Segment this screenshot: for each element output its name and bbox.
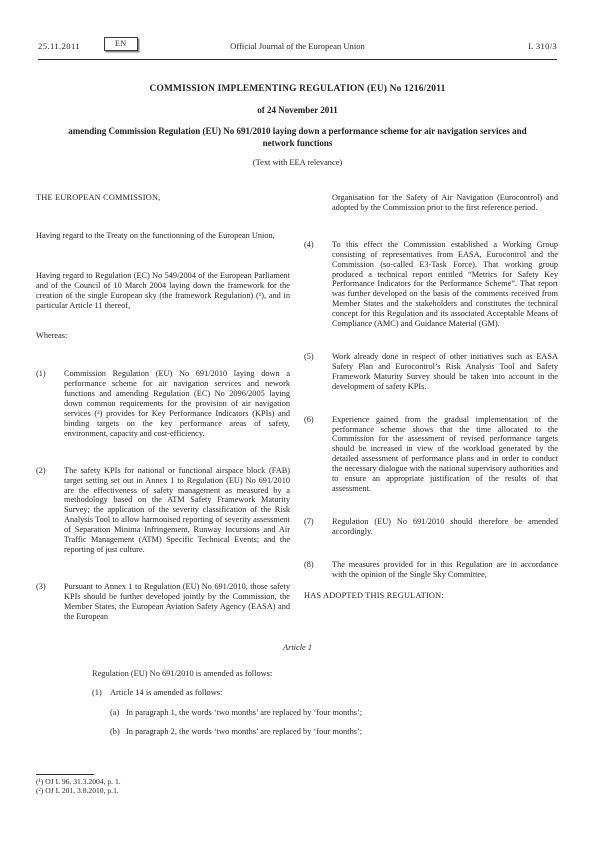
- preamble-columns: THE EUROPEAN COMMISSION, Having regard t…: [36, 193, 559, 621]
- adoption-formula: HAS ADOPTED THIS REGULATION:: [304, 591, 558, 601]
- recital-text: Commission Regulation (EU) No 691/2010 l…: [64, 369, 290, 438]
- article-heading: Article 1: [36, 643, 559, 653]
- recital-text: The measures provided for in this Regula…: [332, 560, 558, 580]
- recital-number: (2): [36, 466, 64, 555]
- recital-number: (3): [36, 582, 64, 622]
- footnote-1: (¹) OJ L 96, 31.3.2004, p. 1.: [36, 777, 121, 787]
- regulation-subject: amending Commission Regulation (EU) No 6…: [68, 126, 527, 149]
- amendment-item: (1) Article 14 is amended as follows:: [92, 688, 559, 698]
- title-block: COMMISSION IMPLEMENTING REGULATION (EU) …: [54, 84, 541, 167]
- regulation-date: of 24 November 2011: [54, 105, 541, 115]
- page-number: L 310/3: [528, 41, 557, 51]
- recital-number: (7): [304, 517, 332, 537]
- header-rule: [38, 59, 557, 60]
- amendment-item-text: Article 14 is amended as follows:: [110, 688, 222, 698]
- recital-number: (1): [36, 369, 64, 438]
- recital-number: (4): [304, 240, 332, 329]
- recital-number: (8): [304, 560, 332, 580]
- footnotes-block: (¹) OJ L 96, 31.3.2004, p. 1. (²) OJ L 2…: [36, 774, 121, 796]
- footnote-2: (²) OJ L 201, 3.8.2010, p.1.: [36, 786, 121, 796]
- recital-text: Regulation (EU) No 691/2010 should there…: [332, 517, 558, 537]
- amendment-subitem-a: (a) In paragraph 1, the words ‘two month…: [110, 708, 559, 718]
- recital-5: (5) Work already done in respect of othe…: [304, 352, 558, 392]
- amendment-subitem-text: In paragraph 1, the words ‘two months’ a…: [126, 708, 362, 718]
- amendment-item-number: (1): [92, 688, 110, 698]
- journal-header: 25.11.2011 EN Official Journal of the Eu…: [38, 40, 557, 54]
- recital-text: Work already done in respect of other in…: [332, 352, 558, 392]
- recital-7: (7) Regulation (EU) No 691/2010 should t…: [304, 517, 558, 537]
- recital-number: (5): [304, 352, 332, 392]
- amendment-subitem-number: (b): [110, 727, 126, 737]
- recital-number: (6): [304, 415, 332, 494]
- footnote-rule: [36, 774, 94, 775]
- article-intro: Regulation (EU) No 691/2010 is amended a…: [92, 669, 559, 679]
- article-section: Article 1 Regulation (EU) No 691/2010 is…: [36, 643, 559, 737]
- amendment-subitem-text: In paragraph 2, the words ‘two months’ a…: [126, 727, 362, 737]
- recital-text: Experience gained from the gradual imple…: [332, 415, 558, 494]
- eea-relevance: (Text with EEA relevance): [54, 158, 541, 167]
- whereas-label: Whereas:: [36, 331, 290, 341]
- recital-text: The safety KPIs for national or function…: [64, 466, 290, 555]
- preamble-opening: THE EUROPEAN COMMISSION,: [36, 193, 290, 203]
- recital-4: (4) To this effect the Commission establ…: [304, 240, 558, 329]
- amendment-subitem-number: (a): [110, 708, 126, 718]
- amendment-subitem-b: (b) In paragraph 2, the words ‘two month…: [110, 727, 559, 737]
- treaty-citation: Having regard to the Treaty on the funct…: [36, 231, 290, 241]
- recital-3: (3) Pursuant to Annex 1 to Regulation (E…: [36, 582, 290, 622]
- legal-basis-citation: Having regard to Regulation (EC) No 549/…: [36, 271, 290, 311]
- recital-8: (8) The measures provided for in this Re…: [304, 560, 558, 580]
- recital-text: To this effect the Commission establishe…: [332, 240, 558, 329]
- recital-text: Pursuant to Annex 1 to Regulation (EU) N…: [64, 582, 290, 622]
- recital-continuation: Organisation for the Safety of Air Navig…: [332, 193, 558, 213]
- left-column: THE EUROPEAN COMMISSION, Having regard t…: [36, 193, 290, 621]
- recital-2: (2) The safety KPIs for national or func…: [36, 466, 290, 555]
- recital-1: (1) Commission Regulation (EU) No 691/20…: [36, 369, 290, 438]
- journal-title: Official Journal of the European Union: [38, 41, 557, 51]
- recital-6: (6) Experience gained from the gradual i…: [304, 415, 558, 494]
- regulation-title: COMMISSION IMPLEMENTING REGULATION (EU) …: [54, 84, 541, 94]
- journal-page: 25.11.2011 EN Official Journal of the Eu…: [0, 0, 595, 842]
- right-column: Organisation for the Safety of Air Navig…: [304, 193, 558, 621]
